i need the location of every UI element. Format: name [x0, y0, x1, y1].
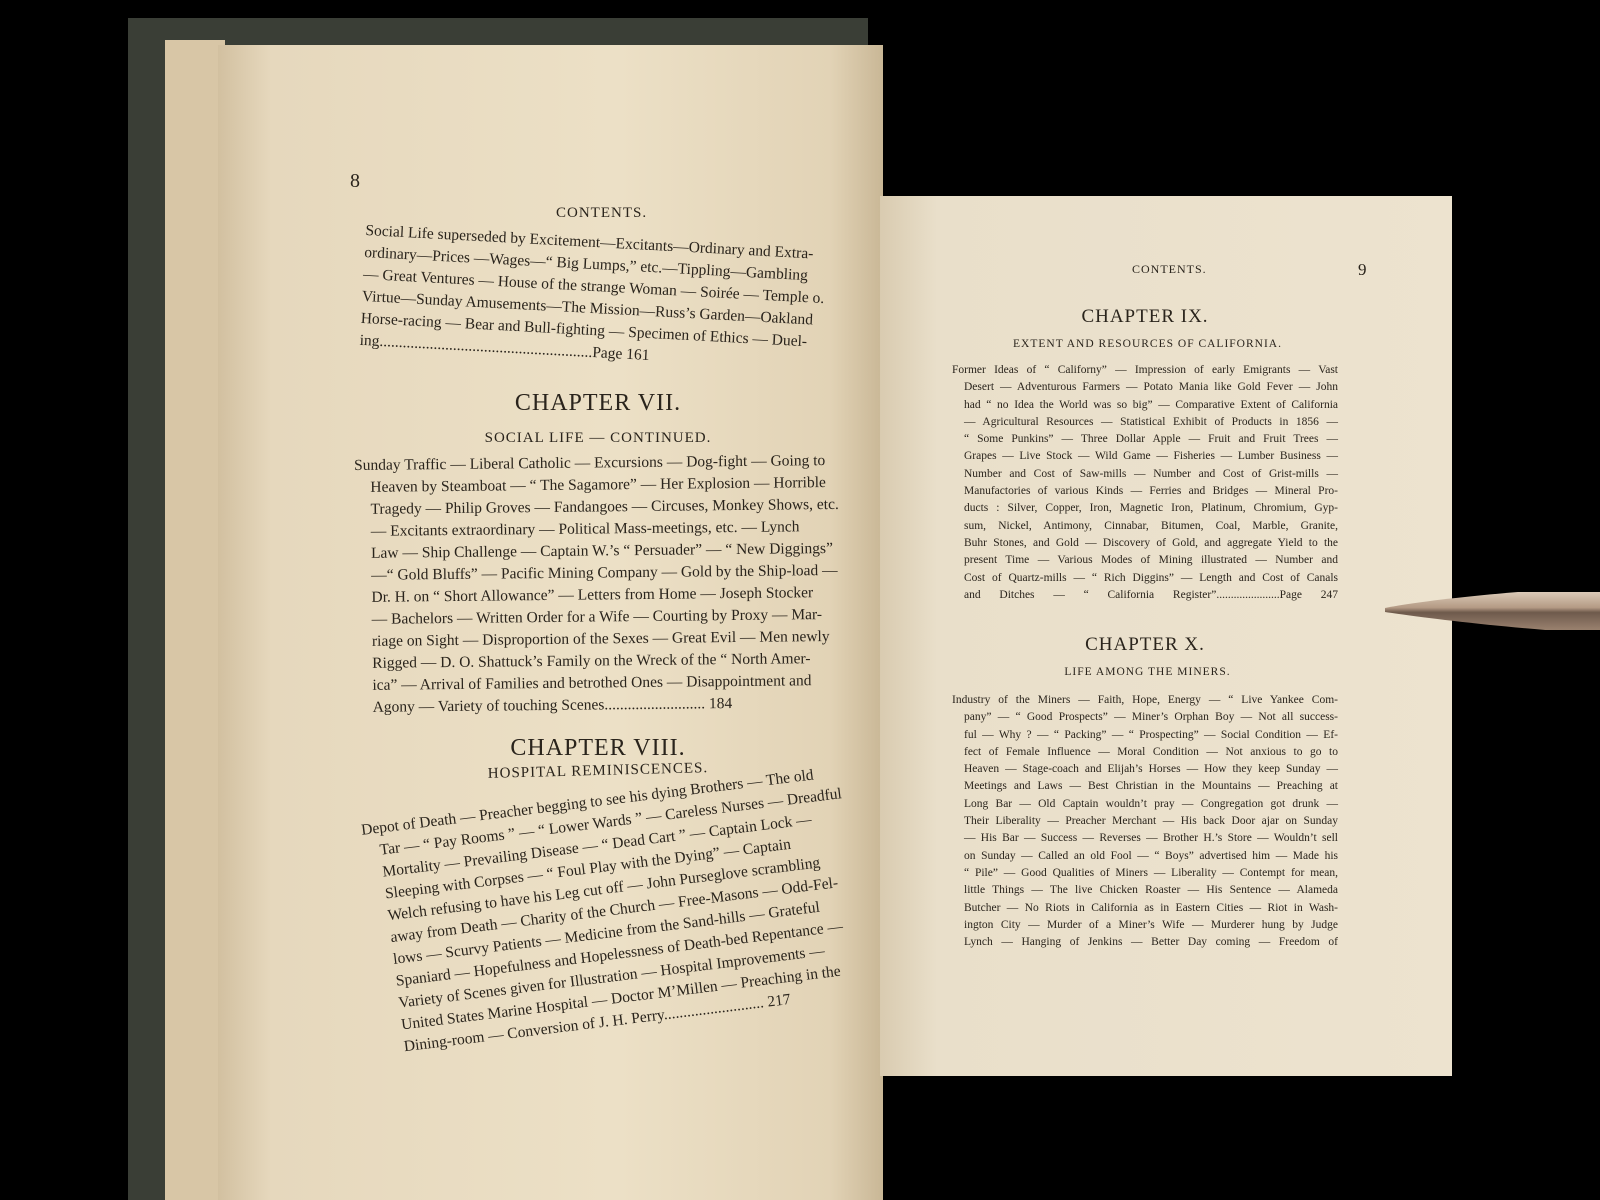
toc-line: “ Some Punkins” — Three Dollar Apple — F…: [952, 431, 1338, 448]
toc-line: ducts : Silver, Copper, Iron, Magnetic I…: [952, 500, 1338, 517]
toc-line: Desert — Adventurous Farmers — Potato Ma…: [952, 379, 1338, 396]
toc-line: — His Bar — Success — Reverses — Brother…: [952, 830, 1338, 847]
toc-line: Agony — Variety of touching Scenes......…: [357, 692, 817, 719]
toc-line: Meetings and Laws — Best Christian in th…: [952, 778, 1338, 795]
chapter-subtitle: SOCIAL LIFE — CONTINUED.: [418, 430, 778, 447]
toc-line: and Ditches — “ California Register”....…: [952, 587, 1338, 604]
chapter-viii-entry: Depot of Death — Preacher begging to see…: [360, 764, 846, 1060]
toc-line: Cost of Quartz-mills — “ Rich Diggins” —…: [952, 570, 1338, 587]
toc-line: ful — Why ? — “ Packing” — “ Prospecting…: [952, 727, 1338, 744]
chapter-subtitle: EXTENT AND RESOURCES OF CALIFORNIA.: [975, 338, 1320, 350]
chapter-x-entry: Industry of the Miners — Faith, Hope, En…: [952, 692, 1338, 951]
chapter-title: CHAPTER IX.: [1030, 306, 1260, 328]
chapter-title: CHAPTER VII.: [458, 390, 738, 417]
toc-line: Former Ideas of “ Californy” — Impressio…: [952, 362, 1338, 379]
toc-line: Lynch — Hanging of Jenkins — Better Day …: [952, 934, 1338, 951]
left-page: 8 CONTENTS. Social Life superseded by Ex…: [218, 45, 883, 1200]
toc-line: “ Pile” — Good Qualities of Miners — Lib…: [952, 865, 1338, 882]
toc-line: — Agricultural Resources — Statistical E…: [952, 414, 1338, 431]
page-number-left: 8: [350, 170, 360, 193]
toc-line: pany” — “ Good Prospects” — Miner’s Orph…: [952, 709, 1338, 726]
endpaper: [165, 40, 225, 1200]
running-head-left: CONTENTS.: [556, 205, 647, 222]
chapter-ix-entry: Former Ideas of “ Californy” — Impressio…: [952, 362, 1338, 604]
toc-line: Long Bar — Old Captain wouldn’t pray — C…: [952, 796, 1338, 813]
toc-line: on Sunday — Called an old Fool — “ Boys”…: [952, 848, 1338, 865]
letter-opener-blade: [1385, 592, 1600, 630]
toc-line: Buhr Stones, and Gold — Discovery of Gol…: [952, 535, 1338, 552]
toc-line: had “ no Idea the World was so big” — Co…: [952, 397, 1338, 414]
chapter-title: CHAPTER VIII.: [458, 735, 738, 762]
toc-line: Industry of the Miners — Faith, Hope, En…: [952, 692, 1338, 709]
chapter-title: CHAPTER X.: [1030, 634, 1260, 656]
toc-line: Manufactories of various Kinds — Ferries…: [952, 483, 1338, 500]
toc-line: sum, Nickel, Antimony, Cinnabar, Bitumen…: [952, 518, 1338, 535]
chapter-vii-entry: Sunday Traffic — Liberal Catholic — Excu…: [354, 450, 817, 719]
toc-line: present Time — Various Modes of Mining i…: [952, 552, 1338, 569]
chapter-subtitle: LIFE AMONG THE MINERS.: [975, 666, 1320, 678]
toc-line: Their Liberality — Preacher Merchant — H…: [952, 813, 1338, 830]
right-page: CONTENTS. 9 CHAPTER IX. EXTENT AND RESOU…: [880, 196, 1452, 1076]
toc-line: Butcher — No Riots in California as in E…: [952, 900, 1338, 917]
page-number-right: 9: [1358, 260, 1367, 280]
toc-line: little Things — The live Chicken Roaster…: [952, 882, 1338, 899]
continuation-entry: Social Life superseded by Excitement—Exc…: [359, 220, 820, 376]
running-head-right: CONTENTS.: [1132, 262, 1207, 277]
toc-line: Number and Cost of Saw-mills — Number an…: [952, 466, 1338, 483]
toc-line: ington City — Murder of a Miner’s Wife —…: [952, 917, 1338, 934]
toc-line: Heaven — Stage-coach and Elijah’s Horses…: [952, 761, 1338, 778]
toc-line: fect of Female Influence — Moral Conditi…: [952, 744, 1338, 761]
toc-line: Grapes — Live Stock — Wild Game — Fisher…: [952, 448, 1338, 465]
